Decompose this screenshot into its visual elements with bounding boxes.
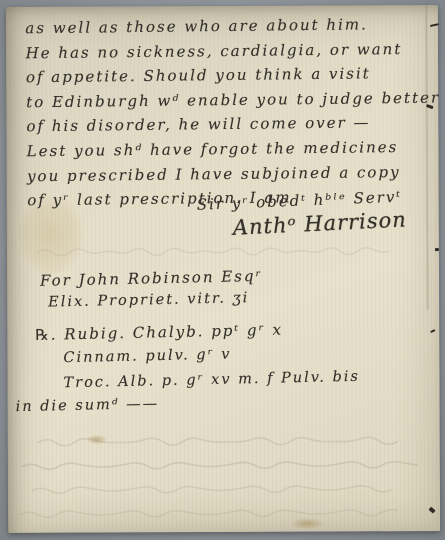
- prescription-line: ℞. Rubig. Chalyb. ppᵗ gʳ x: [35, 321, 283, 344]
- prescription-line: in die sumᵈ ——: [15, 396, 159, 415]
- docket-medicine-note: Elix. Propriet. vitr. ʒi: [48, 290, 249, 310]
- edge-ink-mark: [430, 329, 435, 333]
- bleed-through-bottom: [18, 429, 433, 531]
- letter-photo: as well as those who are about him. He h…: [0, 0, 445, 540]
- docket-addressee: For John Robinson Esqʳ: [40, 267, 263, 290]
- letter-body: as well as those who are about him. He h…: [25, 12, 433, 213]
- body-line: to Edinburgh wᵈ enable you to judge bett…: [26, 85, 432, 114]
- body-line: you prescribed I have subjoined a copy: [27, 159, 433, 188]
- prescription-line: Troc. Alb. p. gʳ xv m. f Pulv. bis: [63, 369, 360, 391]
- signature: Anthᵒ Harrison: [232, 207, 407, 239]
- edge-ink-mark: [435, 248, 439, 251]
- body-line: He has no sickness, cardialgia, or want: [25, 36, 431, 65]
- paper-stain-small: [86, 435, 108, 445]
- paper-sheet: as well as those who are about him. He h…: [6, 5, 440, 533]
- paper-stain-small: [290, 518, 324, 530]
- prescription-line: Cinnam. pulv. gʳ v: [63, 346, 231, 366]
